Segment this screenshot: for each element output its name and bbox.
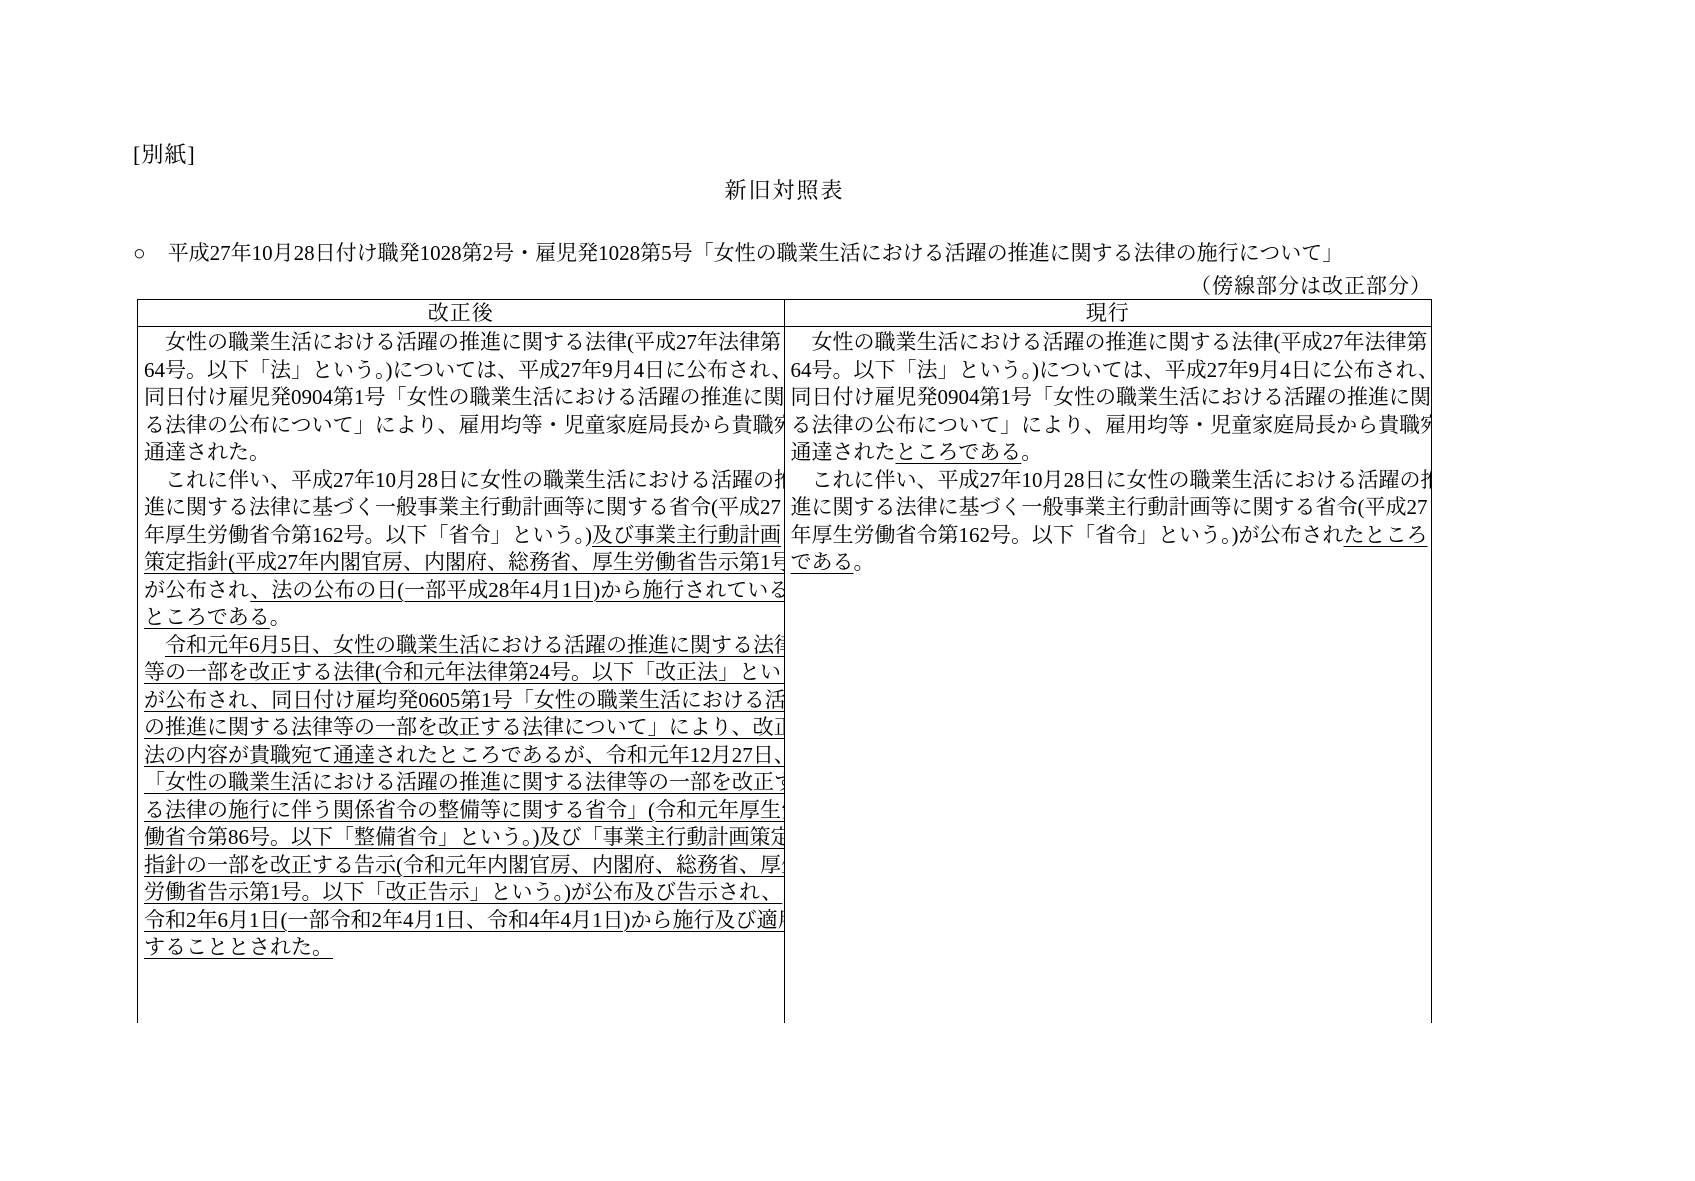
revised-text-segment: 労働省告示第1号。以下「改正告示」という。)が公布及び告示され、 [144,880,782,904]
revised-text-segment: る法律の施行に伴う関係省令の整備等に関する省令」(令和元年厚生労 [144,798,785,822]
revised-text-segment: ところである [896,440,1022,464]
text-segment: 64号。以下「法」という。)については、平成27年9月4日に公布され、 [144,358,785,382]
subject-bullet: ○ [133,241,146,265]
text-line: 64号。以下「法」という。)については、平成27年9月4日に公布され、 [144,357,778,385]
text-line: 同日付け雇児発0904第1号「女性の職業生活における活躍の推進に関す [791,384,1426,412]
revised-text-segment: である [791,550,854,574]
text-line: 労働省告示第1号。以下「改正告示」という。)が公布及び告示され、 [144,879,778,907]
revised-text-segment: 令和元年6月5日、女性の職業生活における活躍の推進に関する法律 [165,633,785,657]
text-segment: 。 [270,605,291,629]
subject-line: ○平成27年10月28日付け職発1028第2号・雇児発1028第5号「女性の職業… [133,237,1483,267]
text-line: る法律の施行に伴う関係省令の整備等に関する省令」(令和元年厚生労 [144,797,778,825]
text-line: 働省令第86号。以下「整備省令」という。)及び「事業主行動計画策定 [144,824,778,852]
text-line: の推進に関する法律等の一部を改正する法律について」により、改正 [144,714,778,742]
revised-text-segment: 「女性の職業生活における活躍の推進に関する法律等の一部を改正す [144,770,785,794]
text-segment: 年厚生労働省令第162号。以下「省令」という。) [144,523,592,547]
text-segment [144,633,165,657]
revised-text-segment: 指針の一部を改正する告示(令和元年内閣官房、内閣府、総務省、厚生 [144,853,785,877]
text-line: である。 [791,549,1426,577]
text-segment: る法律の公布について」により、雇用均等・児童家庭局長から貴職宛 [144,413,785,437]
text-segment: が公布され [144,578,250,602]
revised-text-segment: ところである [144,605,270,629]
text-segment: 64号。以下「法」という。)については、平成27年9月4日に公布され、 [791,358,1432,382]
text-segment: 。 [854,550,875,574]
revised-text-segment: の推進に関する法律等の一部を改正する法律について」により、改正 [144,715,785,739]
revision-note: （傍線部分は改正部分） [137,270,1432,300]
text-line: 指針の一部を改正する告示(令和元年内閣官房、内閣府、総務省、厚生 [144,852,778,880]
text-segment: 通達された。 [144,440,270,464]
text-line: 年厚生労働省令第162号。以下「省令」という。)が公布されたところ [791,522,1426,550]
text-line: 策定指針(平成27年内閣官房、内閣府、総務省、厚生労働省告示第1号) [144,549,778,577]
text-line: 進に関する法律に基づく一般事業主行動計画等に関する省令(平成27 [791,494,1426,522]
text-line: することとされた。 [144,934,778,962]
text-line: ところである。 [144,604,778,632]
revised-text-segment: 令和2年6月1日(一部令和2年4月1日、令和4年4月1日)から施行及び適用 [144,908,785,932]
text-line: 通達されたところである。 [791,439,1426,467]
text-segment: 進に関する法律に基づく一般事業主行動計画等に関する省令(平成27 [791,495,1428,519]
text-line: 同日付け雇児発0904第1号「女性の職業生活における活躍の推進に関す [144,384,778,412]
text-segment: 。 [1021,440,1042,464]
subject-text: 平成27年10月28日付け職発1028第2号・雇児発1028第5号「女性の職業生… [168,241,1344,265]
current-column-header: 現行 [785,300,1432,326]
text-segment: これに伴い、平成27年10月28日に女性の職業生活における活躍の推 [144,468,785,492]
document-title: 新旧対照表 [137,174,1432,205]
text-segment: 年厚生労働省令第162号。以下「省令」という。)が公布され [791,523,1344,547]
text-line: が公布され、法の公布の日(一部平成28年4月1日)から施行されている [144,577,778,605]
revised-text-segment: 策定指針(平成27年内閣官房、内閣府、総務省、厚生労働省告示第1号) [144,550,785,574]
text-line: 女性の職業生活における活躍の推進に関する法律(平成27年法律第 [144,329,778,357]
text-line: 女性の職業生活における活躍の推進に関する法律(平成27年法律第 [791,329,1426,357]
text-line: 64号。以下「法」という。)については、平成27年9月4日に公布され、 [791,357,1426,385]
text-line: 年厚生労働省令第162号。以下「省令」という。)及び事業主行動計画 [144,522,778,550]
text-line: 法の内容が貴職宛て通達されたところであるが、令和元年12月27日、 [144,742,778,770]
text-line: 令和元年6月5日、女性の職業生活における活躍の推進に関する法律 [144,632,778,660]
table-header-row: 改正後 現行 [138,300,1431,327]
revised-text-segment: 、法の公布の日(一部平成28年4月1日)から施行されている [250,578,784,602]
text-segment: 同日付け雇児発0904第1号「女性の職業生活における活躍の推進に関す [791,385,1432,409]
text-segment: 女性の職業生活における活躍の推進に関する法律(平成27年法律第 [144,330,781,354]
revised-text-segment: 及び事業主行動計画 [592,523,781,547]
text-line: る法律の公布について」により、雇用均等・児童家庭局長から貴職宛 [791,412,1426,440]
revised-text-segment: が公布され、同日付け雇均発0605第1号「女性の職業生活における活躍 [144,688,785,712]
revised-column-header: 改正後 [138,300,785,326]
text-line: これに伴い、平成27年10月28日に女性の職業生活における活躍の推 [144,467,778,495]
text-line: る法律の公布について」により、雇用均等・児童家庭局長から貴職宛 [144,412,778,440]
revised-text-segment: することとされた。 [144,935,333,959]
attachment-label: [別紙] [133,138,196,169]
revised-text-segment: 働省令第86号。以下「整備省令」という。)及び「事業主行動計画策定 [144,825,785,849]
revised-text-segment: たところ [1344,523,1428,547]
document-page: [別紙] 新旧対照表 ○平成27年10月28日付け職発1028第2号・雇児発10… [0,0,1695,1181]
revised-text-segment: 法の内容が貴職宛て通達されたところであるが、令和元年12月27日、 [144,743,785,767]
text-segment: 同日付け雇児発0904第1号「女性の職業生活における活躍の推進に関す [144,385,785,409]
text-segment: これに伴い、平成27年10月28日に女性の職業生活における活躍の推 [791,468,1432,492]
revised-text-segment: 等の一部を改正する法律(令和元年法律第24号。以下「改正法」という。) [144,660,785,684]
text-line: 進に関する法律に基づく一般事業主行動計画等に関する省令(平成27 [144,494,778,522]
text-line: 「女性の職業生活における活躍の推進に関する法律等の一部を改正す [144,769,778,797]
text-line: 等の一部を改正する法律(令和元年法律第24号。以下「改正法」という。) [144,659,778,687]
text-segment: る法律の公布について」により、雇用均等・児童家庭局長から貴職宛 [791,413,1432,437]
current-column-cell: 女性の職業生活における活躍の推進に関する法律(平成27年法律第64号。以下「法」… [785,327,1432,1023]
text-segment: 女性の職業生活における活躍の推進に関する法律(平成27年法律第 [791,330,1428,354]
text-line: が公布され、同日付け雇均発0605第1号「女性の職業生活における活躍 [144,687,778,715]
table-body-row: 女性の職業生活における活躍の推進に関する法律(平成27年法律第64号。以下「法」… [138,327,1431,1023]
revised-column-cell: 女性の職業生活における活躍の推進に関する法律(平成27年法律第64号。以下「法」… [138,327,785,1023]
text-segment: 通達された [791,440,896,464]
text-segment: 進に関する法律に基づく一般事業主行動計画等に関する省令(平成27 [144,495,781,519]
text-line: 通達された。 [144,439,778,467]
text-line: 令和2年6月1日(一部令和2年4月1日、令和4年4月1日)から施行及び適用 [144,907,778,935]
comparison-table: 改正後 現行 女性の職業生活における活躍の推進に関する法律(平成27年法律第64… [137,299,1432,1023]
text-line: これに伴い、平成27年10月28日に女性の職業生活における活躍の推 [791,467,1426,495]
